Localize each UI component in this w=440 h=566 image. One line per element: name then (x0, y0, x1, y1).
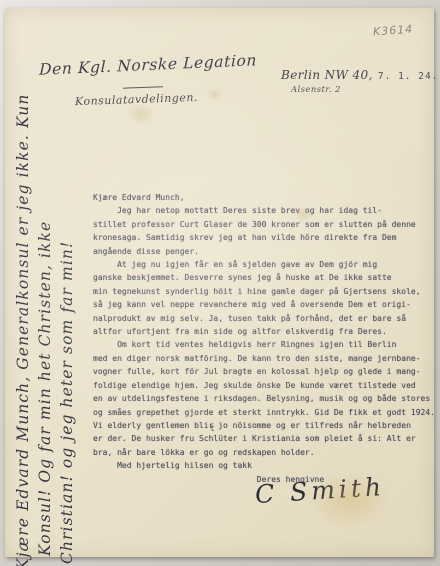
margin-note-line: Kjære Edvard Munch, Generalkonsul er jeg… (12, 68, 34, 566)
typed-body-lines: Kjære Edvard Munch, Jeg har netop mottat… (93, 191, 433, 486)
typed-line: så jeg kann vel neppe revanchere mig ved… (93, 298, 433, 311)
margin-note-line: Christian! og jeg heter som far min! (56, 68, 78, 566)
dateline-date: 7. 1. 24. (378, 71, 438, 82)
dateline: Berlin NW 40, 7. 1. 24. Alsenstr. 2 (281, 64, 438, 95)
typed-line: Om kort tid ventes heldigvis herr Ringne… (93, 338, 433, 351)
typed-line: angående disse penger. (93, 245, 433, 258)
typed-line: At jeg nu igjen får en så sjelden gave a… (93, 258, 433, 271)
typed-line: nalprodukt av mig selv. Ja, tusen takk p… (93, 312, 433, 325)
typed-line: kronesaga. Samtidig skrev jeg at han vil… (93, 231, 433, 244)
scan-background: K3614 Den Kgl. Norske Legation Konsulata… (0, 0, 440, 566)
correction-mark: t (210, 424, 215, 433)
margin-note: Kjære Edvard Munch, Generalkonsul er jeg… (12, 68, 78, 566)
typed-line: stillet professor Curt Glaser de 300 kro… (93, 218, 433, 231)
dateline-address: Alsenstr. 2 (291, 85, 438, 95)
typed-line: en av utdelingsfestene i riksdagen. Bely… (93, 392, 433, 405)
typed-line: og småes grepethet gjorde et sterkt innt… (93, 406, 433, 419)
typed-line: Med hjertelig hilsen og takk (93, 459, 433, 472)
letter-paper: K3614 Den Kgl. Norske Legation Konsulata… (5, 8, 434, 557)
typed-line: Kjære Edvard Munch, (93, 191, 433, 204)
typed-line: med en diger norsk matföring. De kann tr… (93, 352, 433, 365)
letterhead-department: Konsulatavdelingen. (75, 91, 198, 108)
archive-mark: K3614 (373, 23, 414, 39)
typed-line: Jeg har netop mottatt Deres siste brev o… (93, 204, 433, 217)
typed-line: Vi elderly gentlemen blir jo nöisomme og… (93, 419, 433, 432)
typed-line: vogner fulle, kort för Jul bragte en kol… (93, 365, 433, 378)
typed-line: bra, når bare lökka er go og redskapen h… (93, 446, 433, 459)
typed-line: altfor ufortjent fra min side og altfor … (93, 325, 433, 338)
typed-line: min tegnekunst synderlig höit i hine gam… (93, 285, 433, 298)
typed-line: er der. De husker fru Schlüter i Kristia… (93, 432, 433, 445)
letterhead-flourish (123, 86, 163, 88)
typed-line: ganske beskjemmet. Desverre synes jeg å … (93, 271, 433, 284)
margin-note-line: Konsul! Og far min het Christen, ikke (34, 68, 56, 566)
typed-line: foldige elendige hjem. Jeg skulde önske … (93, 379, 433, 392)
dateline-place: Berlin NW 40, (281, 68, 373, 82)
